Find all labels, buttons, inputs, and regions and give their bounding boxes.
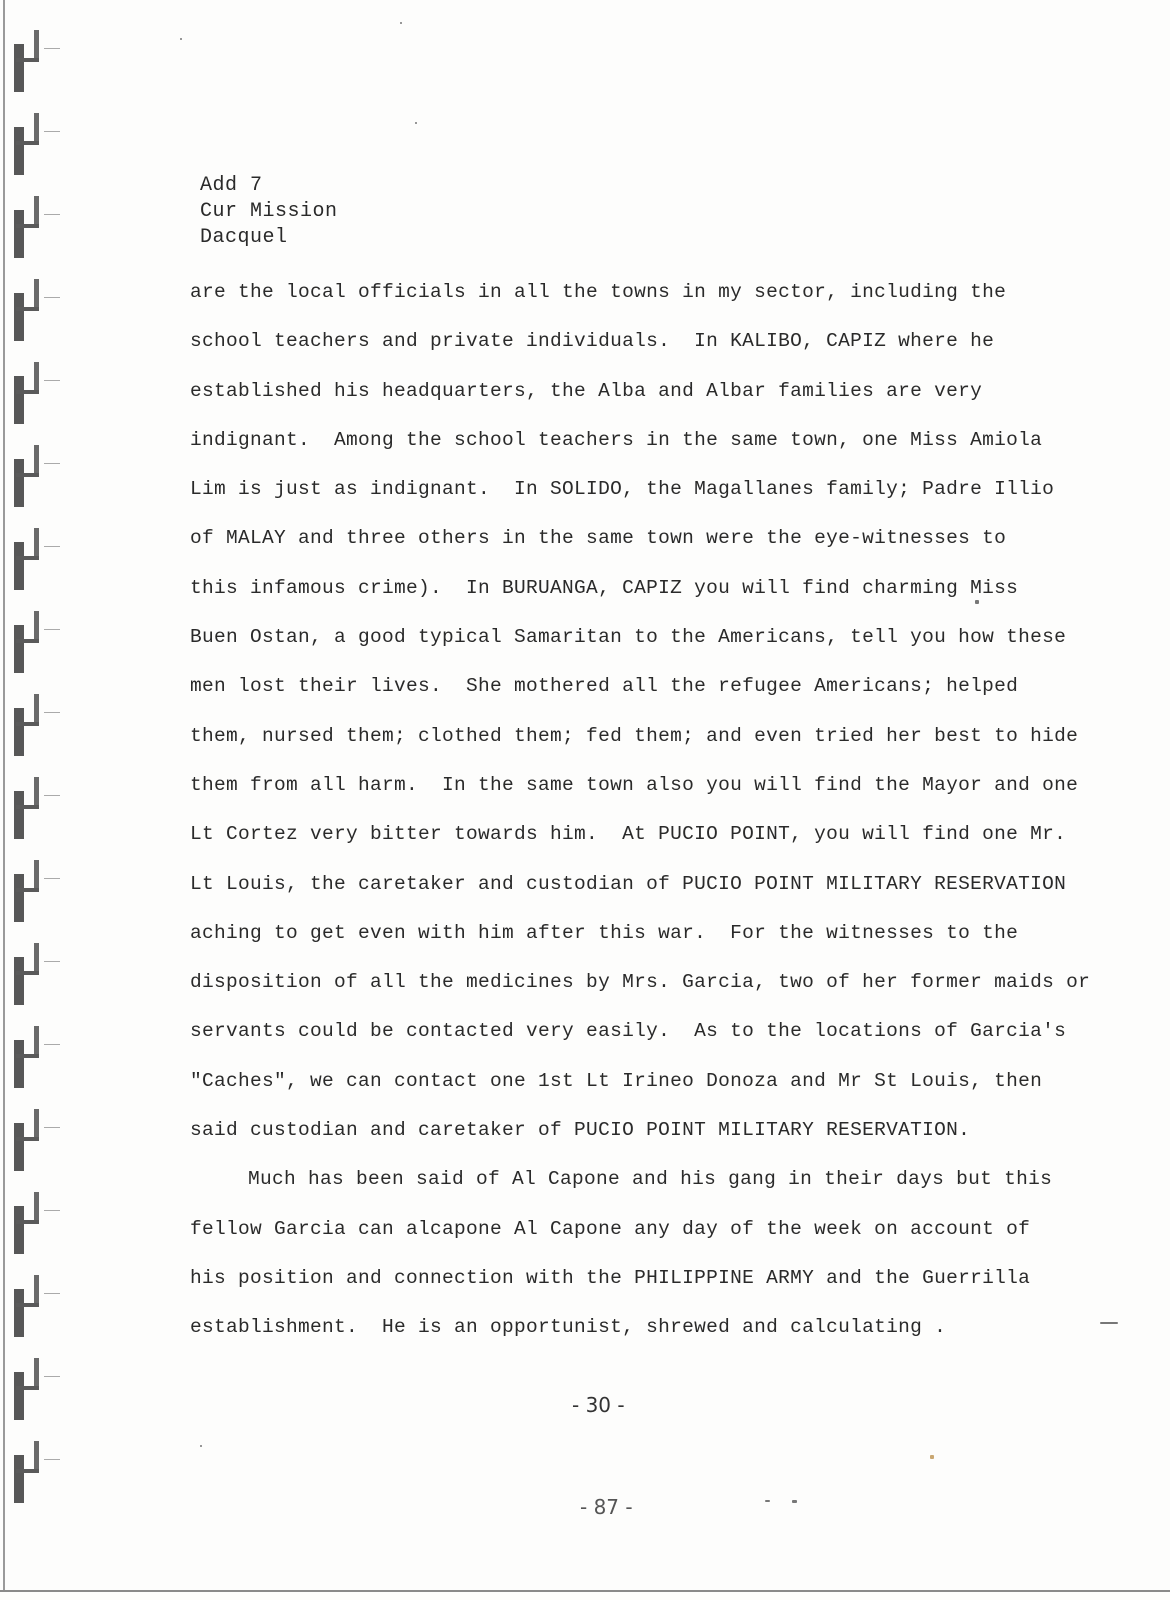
- body-text: are the local officials in all the towns…: [190, 268, 1130, 1353]
- binding-hole: [12, 362, 42, 442]
- header-author: Dacquel: [200, 225, 338, 251]
- text-line: of MALAY and three others in the same to…: [190, 514, 1130, 563]
- scan-speck: [792, 1500, 797, 1503]
- binding-hole: [12, 611, 42, 691]
- text-line: servants could be contacted very easily.…: [190, 1007, 1130, 1056]
- scan-speck: [400, 22, 402, 24]
- scanned-page: Add 7 Cur Mission Dacquel are the local …: [0, 0, 1170, 1600]
- scan-speck: [930, 1455, 934, 1459]
- text-line: Buen Ostan, a good typical Samaritan to …: [190, 613, 1130, 662]
- scan-speck: [975, 600, 979, 604]
- text-line: are the local officials in all the towns…: [190, 268, 1130, 317]
- binding-hole: [12, 528, 42, 608]
- text-line: them, nursed them; clothed them; fed the…: [190, 712, 1130, 761]
- scan-speck: [180, 38, 182, 40]
- text-line: fellow Garcia can alcapone Al Capone any…: [190, 1205, 1130, 1254]
- text-line: "Caches", we can contact one 1st Lt Irin…: [190, 1057, 1130, 1106]
- binding-hole: [12, 1192, 42, 1272]
- binding-hole: [12, 777, 42, 857]
- scan-speck: [1100, 1322, 1118, 1324]
- text-line: men lost their lives. She mothered all t…: [190, 662, 1130, 711]
- binding-hole: [12, 1358, 42, 1438]
- text-line: Lt Louis, the caretaker and custodian of…: [190, 860, 1130, 909]
- text-line: school teachers and private individuals.…: [190, 317, 1130, 366]
- binding-hole: [12, 1275, 42, 1355]
- page-number-secondary: - 87 -: [580, 1495, 633, 1519]
- binding-hole: [12, 860, 42, 940]
- text-line: Lim is just as indignant. In SOLIDO, the…: [190, 465, 1130, 514]
- binding-hole: [12, 30, 42, 110]
- paragraph-start-line: Much has been said of Al Capone and his …: [190, 1155, 1130, 1204]
- comb-binding: [0, 0, 60, 1600]
- binding-hole: [12, 445, 42, 525]
- text-line: aching to get even with him after this w…: [190, 909, 1130, 958]
- binding-hole: [12, 943, 42, 1023]
- header-mission: Cur Mission: [200, 199, 338, 225]
- binding-hole: [12, 1109, 42, 1189]
- page-bottom-edge: [0, 1590, 1170, 1592]
- scan-speck: [765, 1500, 770, 1502]
- scan-speck: [200, 1445, 202, 1447]
- text-line: establishment. He is an opportunist, shr…: [190, 1303, 1130, 1352]
- text-line: them from all harm. In the same town als…: [190, 761, 1130, 810]
- text-line: disposition of all the medicines by Mrs.…: [190, 958, 1130, 1007]
- text-line: this infamous crime). In BURUANGA, CAPIZ…: [190, 564, 1130, 613]
- binding-hole: [12, 196, 42, 276]
- scan-speck: [415, 122, 417, 124]
- document-header: Add 7 Cur Mission Dacquel: [200, 173, 338, 251]
- binding-hole: [12, 279, 42, 359]
- text-line: his position and connection with the PHI…: [190, 1254, 1130, 1303]
- page-number-primary: - 30 -: [572, 1393, 625, 1417]
- binding-hole: [12, 1026, 42, 1106]
- text-line: established his headquarters, the Alba a…: [190, 367, 1130, 416]
- header-add-number: Add 7: [200, 173, 338, 199]
- binding-hole: [12, 1441, 42, 1521]
- text-line: Lt Cortez very bitter towards him. At PU…: [190, 810, 1130, 859]
- text-line: said custodian and caretaker of PUCIO PO…: [190, 1106, 1130, 1155]
- binding-hole: [12, 113, 42, 193]
- binding-hole: [12, 694, 42, 774]
- text-line: indignant. Among the school teachers in …: [190, 416, 1130, 465]
